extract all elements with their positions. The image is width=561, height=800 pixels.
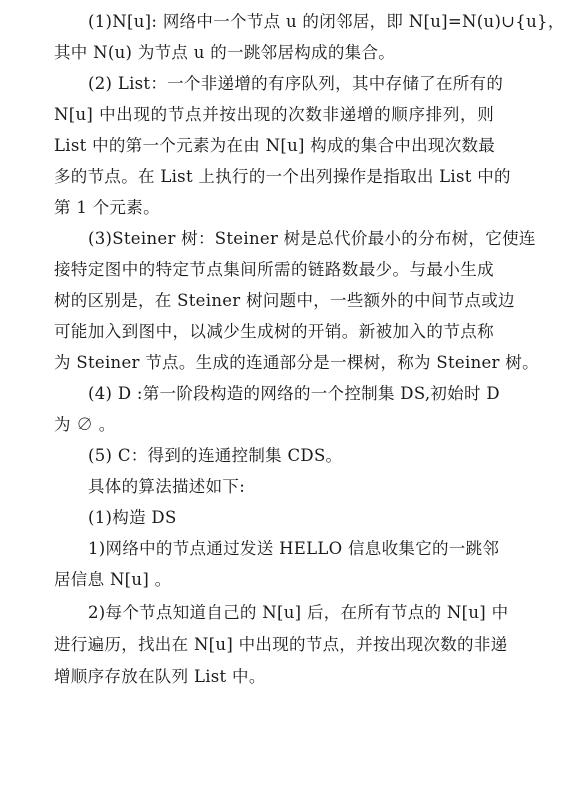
algorithm-steps (0, 0, 561, 800)
